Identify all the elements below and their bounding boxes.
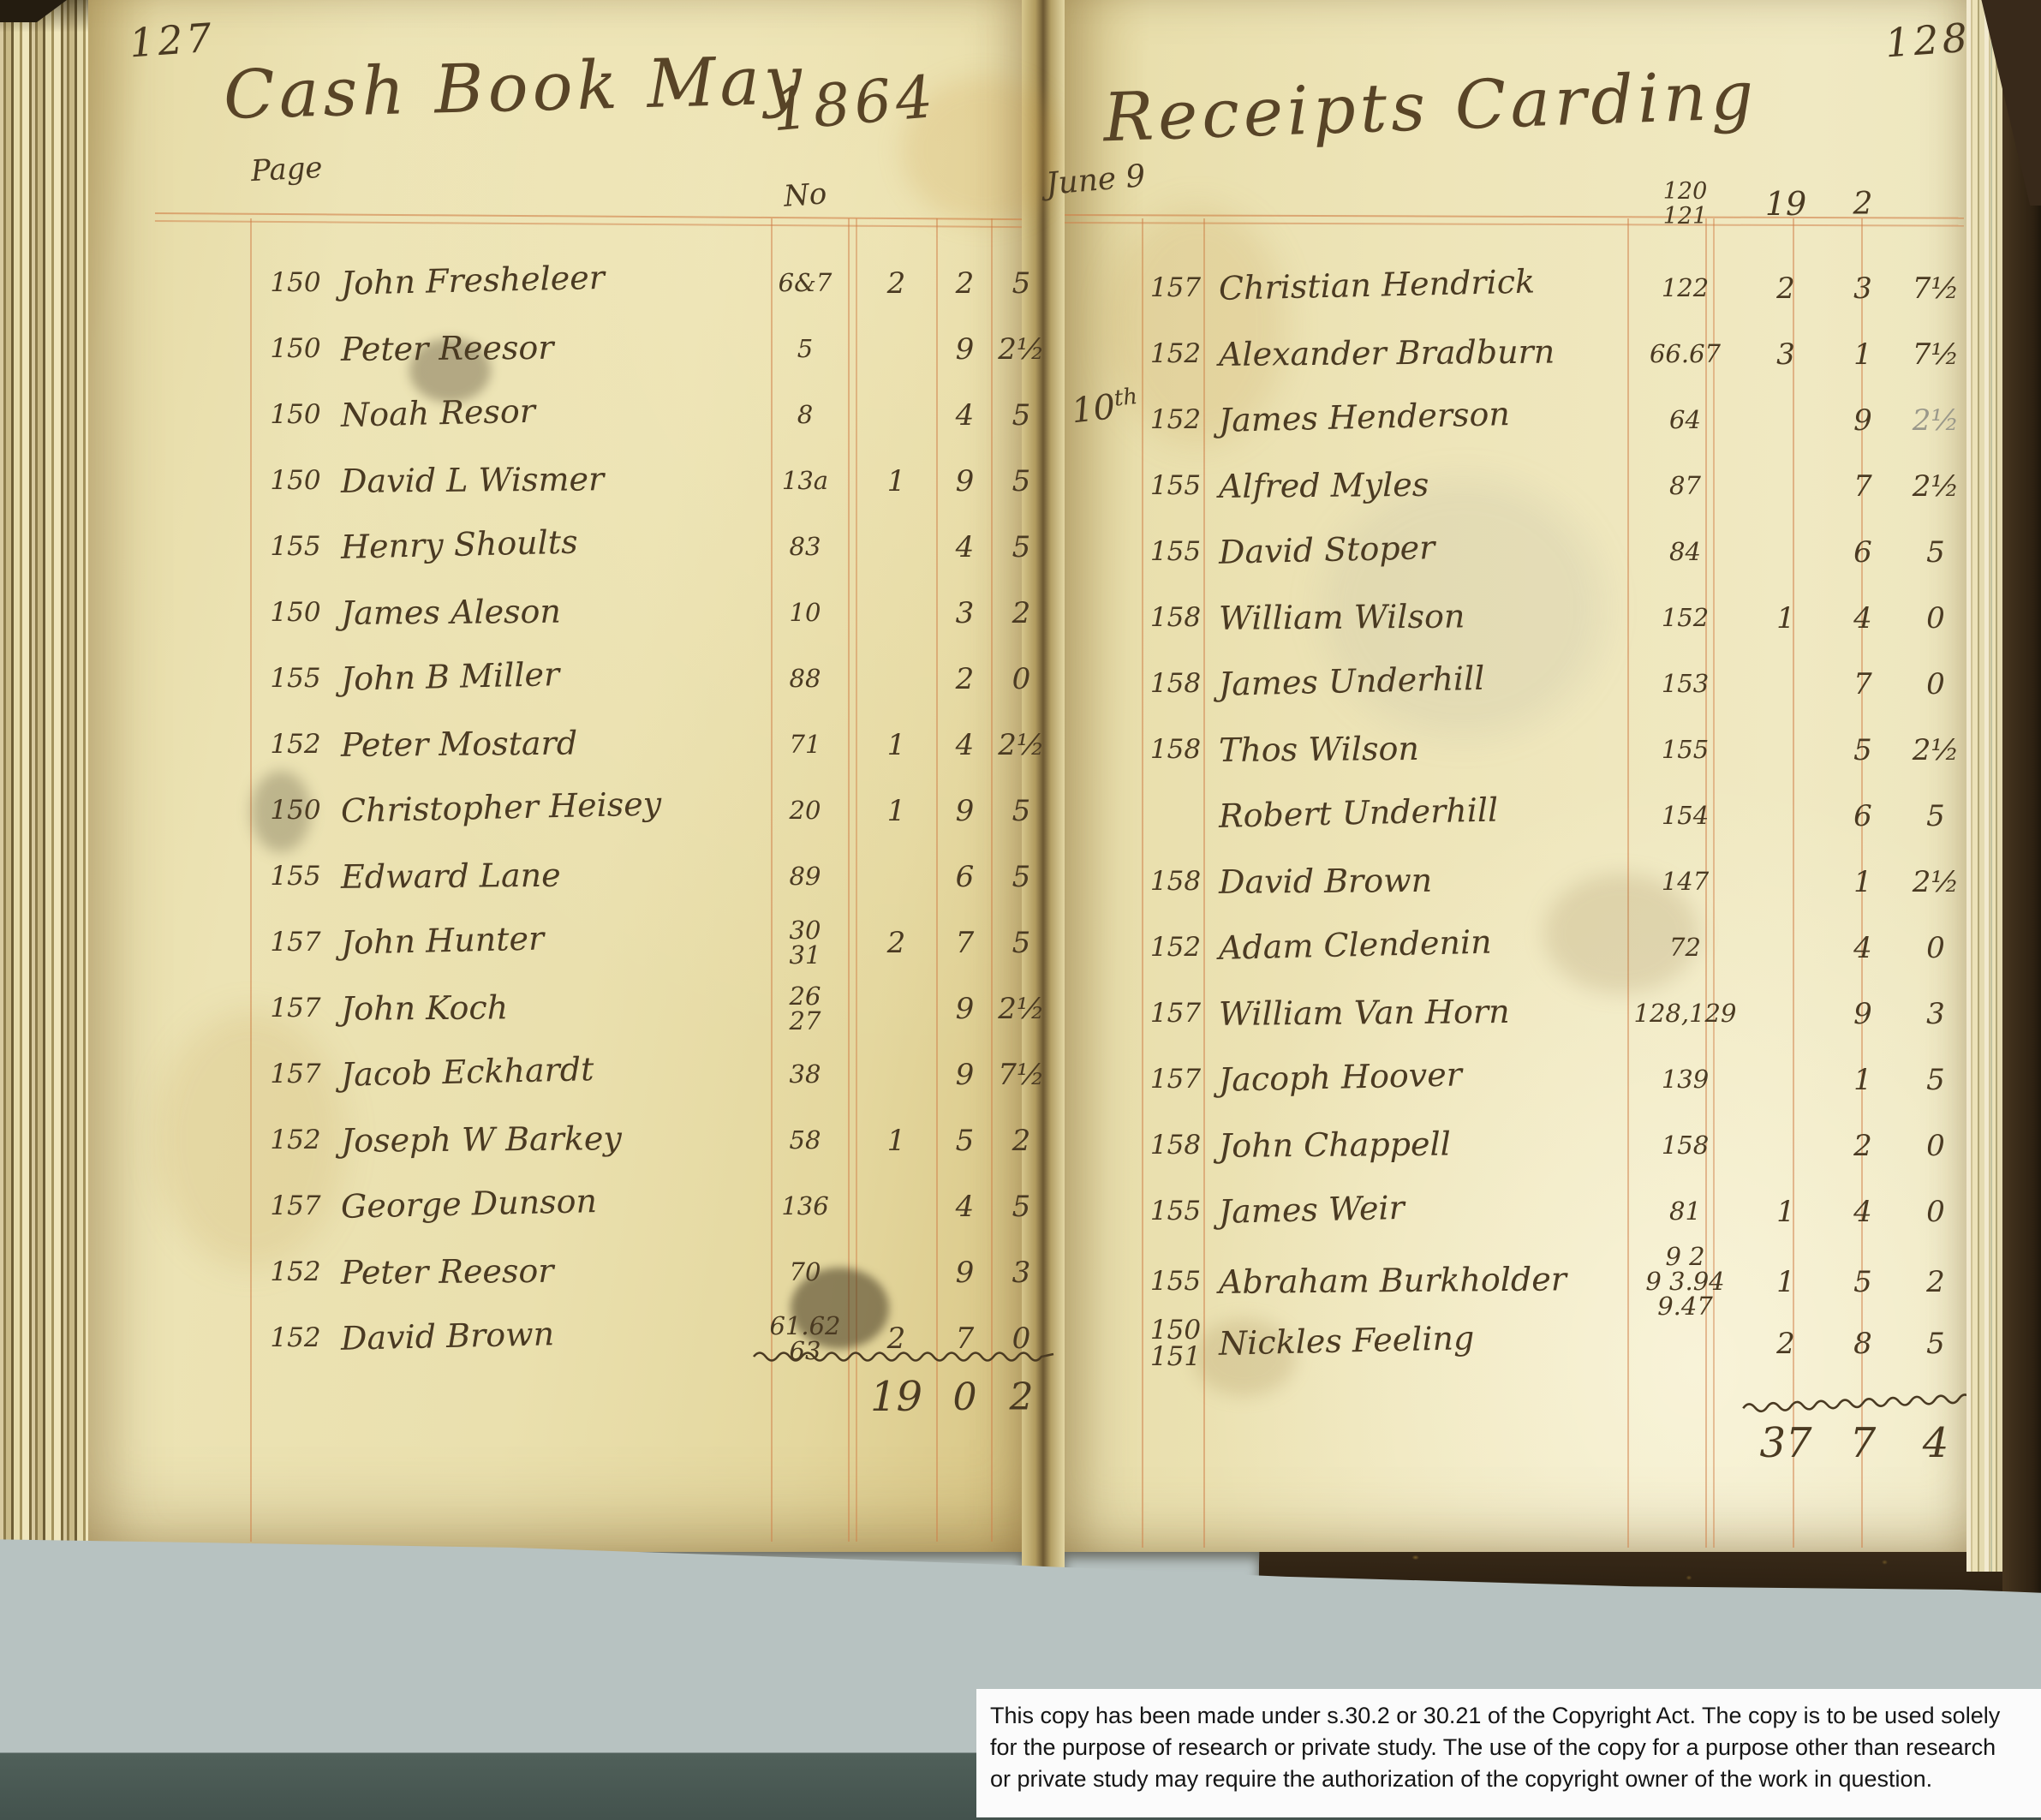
- entry-amount-1: 9: [936, 332, 994, 367]
- ledger-row: 155John B Miller8820: [257, 646, 1049, 712]
- entry-page-ref: 150: [257, 336, 334, 362]
- entry-account-no: 10: [754, 600, 856, 625]
- ledger-row: 157William Van Horn128,12993: [1139, 981, 1970, 1047]
- entry-name: Peter Reesor: [334, 326, 754, 367]
- entry-name: William Wilson: [1212, 595, 1623, 636]
- entry-amount-1: 6: [1824, 799, 1901, 833]
- entry-account-no: 58: [754, 1128, 856, 1153]
- entry-amount-2: 5: [994, 464, 1049, 498]
- entry-date: June 9: [1044, 158, 1147, 202]
- copyright-notice: This copy has been made under s.30.2 or …: [976, 1689, 2041, 1817]
- entry-amount-1: 4: [936, 530, 994, 564]
- total-amount-2: 2: [994, 1375, 1049, 1419]
- entry-account-no: 9 2 9 3.94 9.47: [1623, 1244, 1747, 1319]
- entry-name: James Henderson: [1212, 392, 1624, 439]
- entry-amount-1: 5: [936, 1124, 994, 1158]
- entry-account-no: 6&7: [754, 271, 856, 295]
- entry-amount-2: 5: [1901, 799, 1970, 833]
- entry-name: Jacoph Hoover: [1212, 1052, 1624, 1099]
- entry-account-no: 153: [1623, 671, 1747, 696]
- entry-amount-2: 7½: [994, 1058, 1049, 1092]
- entry-page-ref: 157: [1139, 1066, 1212, 1093]
- entry-qty: 2: [856, 266, 936, 301]
- copyright-line: This copy has been made under s.30.2 or …: [990, 1700, 2027, 1732]
- entry-name: Thos Wilson: [1212, 727, 1623, 768]
- ledger-row: 152Alexander Bradburn66.67317½: [1139, 321, 1970, 387]
- folio-number-left: 127: [128, 15, 216, 67]
- total-rule-squiggle: [752, 1346, 1056, 1362]
- entry-account-no: 155: [1623, 737, 1747, 762]
- entry-name: Christian Hendrick: [1212, 260, 1624, 307]
- entry-name: Peter Mostard: [334, 722, 754, 763]
- ledger-row: 155James Weir81140: [1139, 1179, 1970, 1244]
- page-edges-left: [0, 0, 88, 1550]
- entry-name: John Chappell: [1212, 1123, 1623, 1164]
- ledger-row: 155David Stoper8465: [1139, 519, 1970, 585]
- entry-date-margin: 10th: [1070, 384, 1141, 431]
- entry-page-ref: 150: [257, 402, 334, 428]
- entry-account-no: 26 27: [754, 984, 856, 1034]
- entry-amount-1: 7: [1824, 667, 1901, 701]
- copyright-line: or private study may require the authori…: [990, 1763, 2027, 1795]
- entry-page-ref: 157: [257, 1061, 334, 1088]
- total-amount-1: 7: [1824, 1419, 1901, 1467]
- entry-page-ref: 158: [1139, 737, 1212, 763]
- entry-name: Alexander Bradburn: [1212, 331, 1623, 373]
- entry-amount-1: 5: [1824, 1265, 1901, 1299]
- entry-page-ref: 150: [257, 600, 334, 626]
- entry-name: David Stoper: [1212, 524, 1624, 571]
- entry-amount-2: 2: [994, 1124, 1049, 1158]
- ledger-page-right: 128 Receipts Carding June 9 10th 120 121…: [1065, 0, 1966, 1552]
- ledger-row: 155Edward Lane8965: [257, 844, 1049, 910]
- entry-amount-2: 0: [994, 662, 1049, 696]
- entry-account-no: 20: [754, 798, 856, 823]
- entry-amount-2: 5: [994, 1190, 1049, 1224]
- scanned-ledger-screenshot: { "left_page": { "page_number": "127", "…: [0, 0, 2041, 1820]
- entry-amount-2: 2½: [994, 728, 1049, 762]
- column-rule: [250, 218, 252, 1542]
- column-header-page: Page: [250, 151, 323, 188]
- ledger-row: 155Abraham Burkholder9 2 9 3.94 9.47152: [1139, 1244, 1970, 1310]
- entry-amount-2: 2: [1901, 1265, 1970, 1299]
- entry-account-no: 13a: [754, 468, 856, 493]
- left-page-title: Cash Book May: [223, 42, 807, 134]
- ledger-entries-left: 150John Fresheleer6&7225150Peter Reesor5…: [257, 250, 1049, 1371]
- page-total-left: 19 0 2: [257, 1364, 1049, 1430]
- entry-account-no: 84: [1623, 540, 1747, 564]
- header-rule-left: [155, 212, 1022, 220]
- entry-page-ref: 150: [257, 797, 334, 824]
- entry-amount-2: 2½: [994, 332, 1049, 367]
- entry-name: Robert Underhill: [1212, 788, 1624, 835]
- entry-qty: 1: [1747, 1195, 1824, 1229]
- entry-amount-1: 6: [1824, 535, 1901, 570]
- entry-amount-1: 4: [936, 728, 994, 762]
- entry-name: David Brown: [334, 1310, 755, 1357]
- entry-page-ref: 158: [1139, 605, 1212, 631]
- entry-qty: 2: [856, 926, 936, 960]
- entry-amount-2: 0: [1901, 667, 1970, 701]
- entry-page-ref: 155: [257, 665, 334, 692]
- entry-amount-2: 2½: [994, 992, 1049, 1026]
- entry-account-no: 71: [754, 732, 856, 757]
- page-total-right: 37 7 4: [1139, 1410, 1970, 1477]
- entry-amount-2: 7½: [1901, 337, 1970, 372]
- entry-qty: 2: [1747, 272, 1824, 306]
- entry-name: William Van Horn: [1212, 991, 1623, 1032]
- entry-name: James Weir: [1212, 1184, 1624, 1231]
- entry-account-no: 88: [754, 666, 856, 691]
- entry-qty: 3: [1747, 337, 1824, 372]
- entry-amount-2: 5: [994, 530, 1049, 564]
- entry-amount-2: 5: [994, 794, 1049, 828]
- entry-amount-2: 0: [1901, 931, 1970, 965]
- ledger-row: 158David Brown14712½: [1139, 849, 1970, 915]
- entry-name: Alfred Myles: [1212, 463, 1623, 504]
- entry-amount-2: 2½: [1901, 865, 1970, 899]
- entry-account-no: 139: [1623, 1067, 1747, 1092]
- entry-amount-2: 0: [1901, 1129, 1970, 1163]
- entry-amount-1: 3: [1824, 272, 1901, 306]
- ledger-row: 152Peter Reesor7093: [257, 1239, 1049, 1305]
- entry-account-no: 72: [1623, 935, 1747, 960]
- entry-amount-1: 4: [1824, 931, 1901, 965]
- entry-page-ref: 152: [257, 1325, 334, 1352]
- entry-amount-1: 8: [1824, 1327, 1901, 1361]
- entry-amount-1: 2: [1824, 1129, 1901, 1163]
- ledger-row: 157Christian Hendrick122237½: [1139, 255, 1970, 321]
- entry-amount-2: 5: [994, 266, 1049, 301]
- entry-amount-2: 3: [1901, 997, 1970, 1031]
- ledger-row: 152Adam Clendenin7240: [1139, 915, 1970, 981]
- entry-qty: 1: [856, 1124, 936, 1158]
- ledger-row: 152Peter Mostard71142½: [257, 712, 1049, 778]
- entry-amount-2: 7½: [1901, 272, 1970, 306]
- entry-amount-1: 5: [1824, 733, 1901, 767]
- ledger-row: Robert Underhill15465: [1139, 783, 1970, 849]
- entry-amount-1: 4: [936, 1190, 994, 1224]
- entry-page-ref: 155: [1139, 1198, 1212, 1225]
- entry-amount-1: 1: [1824, 865, 1901, 899]
- ledger-row: 150Christopher Heisey20195: [257, 778, 1049, 844]
- entry-page-ref: 150 151: [1139, 1317, 1212, 1370]
- total-amount-1: 0: [936, 1375, 994, 1419]
- entry-name: Noah Resor: [334, 386, 755, 433]
- ledger-entries-right: 157Christian Hendrick122237½152Alexander…: [1139, 255, 1970, 1376]
- entry-account-no: 122: [1623, 276, 1747, 301]
- entry-amount-2: 2½: [1901, 733, 1970, 767]
- entry-page-ref: 157: [257, 1193, 334, 1220]
- entry-amount-1: 1: [1824, 337, 1901, 372]
- entry-amount-2: 5: [994, 398, 1049, 433]
- entry-amount-2: 5: [994, 860, 1049, 894]
- ledger-row: 157John Hunter30 31275: [257, 910, 1049, 976]
- entry-amount-1: 9: [936, 794, 994, 828]
- copyright-line: for the purpose of research or private s…: [990, 1732, 2027, 1763]
- entry-account-no: 87: [1623, 474, 1747, 498]
- ledger-row: 158William Wilson152140: [1139, 585, 1970, 651]
- page-edges-right: [1966, 0, 2002, 1572]
- ledger-row: 157Jacob Eckhardt3897½: [257, 1041, 1049, 1107]
- ledger-row: 150John Fresheleer6&7225: [257, 250, 1049, 316]
- entry-qty: 1: [856, 794, 936, 828]
- entry-account-no: 154: [1623, 803, 1747, 828]
- entry-qty: 1: [1747, 601, 1824, 636]
- entry-amount-1: 7: [1824, 469, 1901, 504]
- ledger-row: 152James Henderson6492½: [1139, 387, 1970, 453]
- ledger-row: 157Jacoph Hoover13915: [1139, 1047, 1970, 1113]
- ledger-row: 158Thos Wilson15552½: [1139, 717, 1970, 783]
- ledger-row: 155Alfred Myles8772½: [1139, 453, 1970, 519]
- entry-account-no: 152: [1623, 606, 1747, 630]
- entry-amount-1: 2: [936, 662, 994, 696]
- entry-name: John B Miller: [334, 650, 755, 697]
- entry-name: Adam Clendenin: [1212, 920, 1624, 967]
- entry-amount-1: 9: [1824, 403, 1901, 438]
- entry-name: Nickles Feeling: [1212, 1316, 1624, 1363]
- entry-page-ref: 157: [1139, 1000, 1212, 1027]
- entry-account-no: 38: [754, 1062, 856, 1087]
- entry-name: John Koch: [334, 986, 754, 1027]
- ledger-row: 152Joseph W Barkey58152: [257, 1107, 1049, 1173]
- entry-amount-2: 2½: [1901, 469, 1970, 504]
- entry-account-no: 30 31: [754, 918, 856, 968]
- entry-page-ref: 152: [1139, 407, 1212, 433]
- right-page-title: Receipts Carding: [1102, 57, 1759, 158]
- entry-page-ref: 158: [1139, 1132, 1212, 1159]
- entry-amount-2: 3: [994, 1256, 1049, 1290]
- total-amount-2: 4: [1901, 1419, 1970, 1467]
- ledger-row: 158John Chappell15820: [1139, 1113, 1970, 1179]
- entry-name: Edward Lane: [334, 854, 754, 895]
- folio-number-right: 128: [1883, 15, 1972, 67]
- entry-amount-1: 9: [936, 992, 994, 1026]
- ledger-row: 155Henry Shoults8345: [257, 514, 1049, 580]
- entry-account-no: 120 121: [1623, 179, 1747, 229]
- ledger-row: 150James Aleson1032: [257, 580, 1049, 646]
- entry-account-no: 64: [1623, 408, 1747, 433]
- entry-page-ref: 157: [257, 929, 334, 956]
- column-header-no: No: [783, 176, 828, 213]
- entry-qty: 1: [856, 464, 936, 498]
- entry-name: Christopher Heisey: [334, 782, 755, 829]
- ledger-row: 158James Underhill15370: [1139, 651, 1970, 717]
- entry-page-ref: 150: [257, 468, 334, 494]
- ledger-row: 150Noah Resor845: [257, 382, 1049, 448]
- entry-amount-1: 9: [936, 1256, 994, 1290]
- entry-account-no: 83: [754, 534, 856, 559]
- entry-page-ref: 158: [1139, 671, 1212, 697]
- entry-page-ref: 152: [257, 1259, 334, 1286]
- entry-amount-1: 9: [936, 1058, 994, 1092]
- entry-qty: 1: [856, 728, 936, 762]
- entry-name: David Brown: [1212, 859, 1623, 900]
- entry-name: John Hunter: [334, 914, 755, 961]
- ledger-book-photo: 127 Cash Book May 1864 Page No 150John F…: [0, 0, 2041, 1619]
- entry-name: Joseph W Barkey: [334, 1118, 754, 1159]
- entry-account-no: 136: [754, 1194, 856, 1219]
- entry-amount-1: 4: [1824, 601, 1901, 636]
- entry-amount-1: 9: [936, 464, 994, 498]
- entry-account-no: 66.67: [1623, 342, 1747, 367]
- entry-amount-2: 0: [1901, 1195, 1970, 1229]
- entry-qty: 1: [1747, 1265, 1824, 1299]
- entry-account-no: 81: [1623, 1199, 1747, 1224]
- left-page-title-year: 1864: [769, 63, 940, 146]
- entry-account-no: 158: [1623, 1133, 1747, 1158]
- entry-account-no: 147: [1623, 869, 1747, 894]
- entry-name: George Dunson: [334, 1178, 755, 1225]
- entry-page-ref: 155: [1139, 473, 1212, 499]
- entry-page-ref: 158: [1139, 868, 1212, 895]
- entry-page-ref: 157: [257, 995, 334, 1022]
- entry-name: James Underhill: [1212, 656, 1624, 703]
- entry-page-ref: 152: [1139, 341, 1212, 367]
- ledger-row: 150Peter Reesor592½: [257, 316, 1049, 382]
- entry-page-ref: 155: [1139, 539, 1212, 565]
- entry-amount-2: 5: [1901, 535, 1970, 570]
- entry-name: Henry Shoults: [334, 518, 755, 565]
- entry-name: James Aleson: [334, 590, 754, 631]
- entry-account-no: 8: [754, 403, 856, 427]
- ledger-row: 157George Dunson13645: [257, 1173, 1049, 1239]
- entry-page-ref: 157: [1139, 275, 1212, 301]
- carried-forward-row: 120 121 19 2: [1139, 156, 1970, 252]
- entry-account-no: 70: [754, 1260, 856, 1285]
- entry-amount-1: 9: [1824, 997, 1901, 1031]
- entry-qty: 19: [1747, 185, 1824, 223]
- entry-amount-2: 5: [1901, 1063, 1970, 1097]
- entry-amount-2: 0: [1901, 601, 1970, 636]
- entry-page-ref: 155: [1139, 1268, 1212, 1295]
- entry-page-ref: 152: [257, 731, 334, 758]
- entry-page-ref: 150: [257, 270, 334, 296]
- entry-amount-1: 3: [936, 596, 994, 630]
- entry-amount-1: 2: [936, 266, 994, 301]
- entry-qty: 2: [1747, 1327, 1824, 1361]
- entry-amount-1: 4: [1824, 1195, 1901, 1229]
- entry-name: Abraham Burkholder: [1212, 1259, 1623, 1300]
- entry-amount-1: 7: [936, 926, 994, 960]
- entry-name: John Fresheleer: [334, 254, 755, 301]
- entry-account-no: 128,129: [1623, 1001, 1747, 1026]
- entry-amount-1: 4: [936, 398, 994, 433]
- entry-amount-2: 5: [994, 926, 1049, 960]
- ledger-row: 157John Koch26 2792½: [257, 976, 1049, 1041]
- entry-amount-2: 2: [994, 596, 1049, 630]
- entry-amount-1: 2: [1824, 187, 1901, 222]
- total-qty: 19: [856, 1373, 936, 1421]
- entry-amount-1: 6: [936, 860, 994, 894]
- entry-name: Jacob Eckhardt: [334, 1046, 755, 1093]
- entry-amount-1: 1: [1824, 1063, 1901, 1097]
- entry-page-ref: 152: [257, 1127, 334, 1154]
- entry-name: David L Wismer: [334, 458, 754, 499]
- ledger-row: 150 151Nickles Feeling285: [1139, 1310, 1970, 1376]
- entry-page-ref: 152: [1139, 934, 1212, 961]
- entry-page-ref: 155: [257, 863, 334, 890]
- ledger-row: 150David L Wismer13a195: [257, 448, 1049, 514]
- entry-amount-2: 5: [1901, 1327, 1970, 1361]
- total-qty: 37: [1747, 1419, 1824, 1467]
- entry-page-ref: 155: [257, 534, 334, 560]
- entry-account-no: 5: [754, 337, 856, 361]
- entry-account-no: 89: [754, 864, 856, 889]
- book-cover-right: [2002, 0, 2041, 1619]
- entry-name: Peter Reesor: [334, 1250, 754, 1291]
- ledger-page-left: 127 Cash Book May 1864 Page No 150John F…: [88, 0, 1022, 1552]
- entry-amount-2: 2½: [1901, 403, 1970, 438]
